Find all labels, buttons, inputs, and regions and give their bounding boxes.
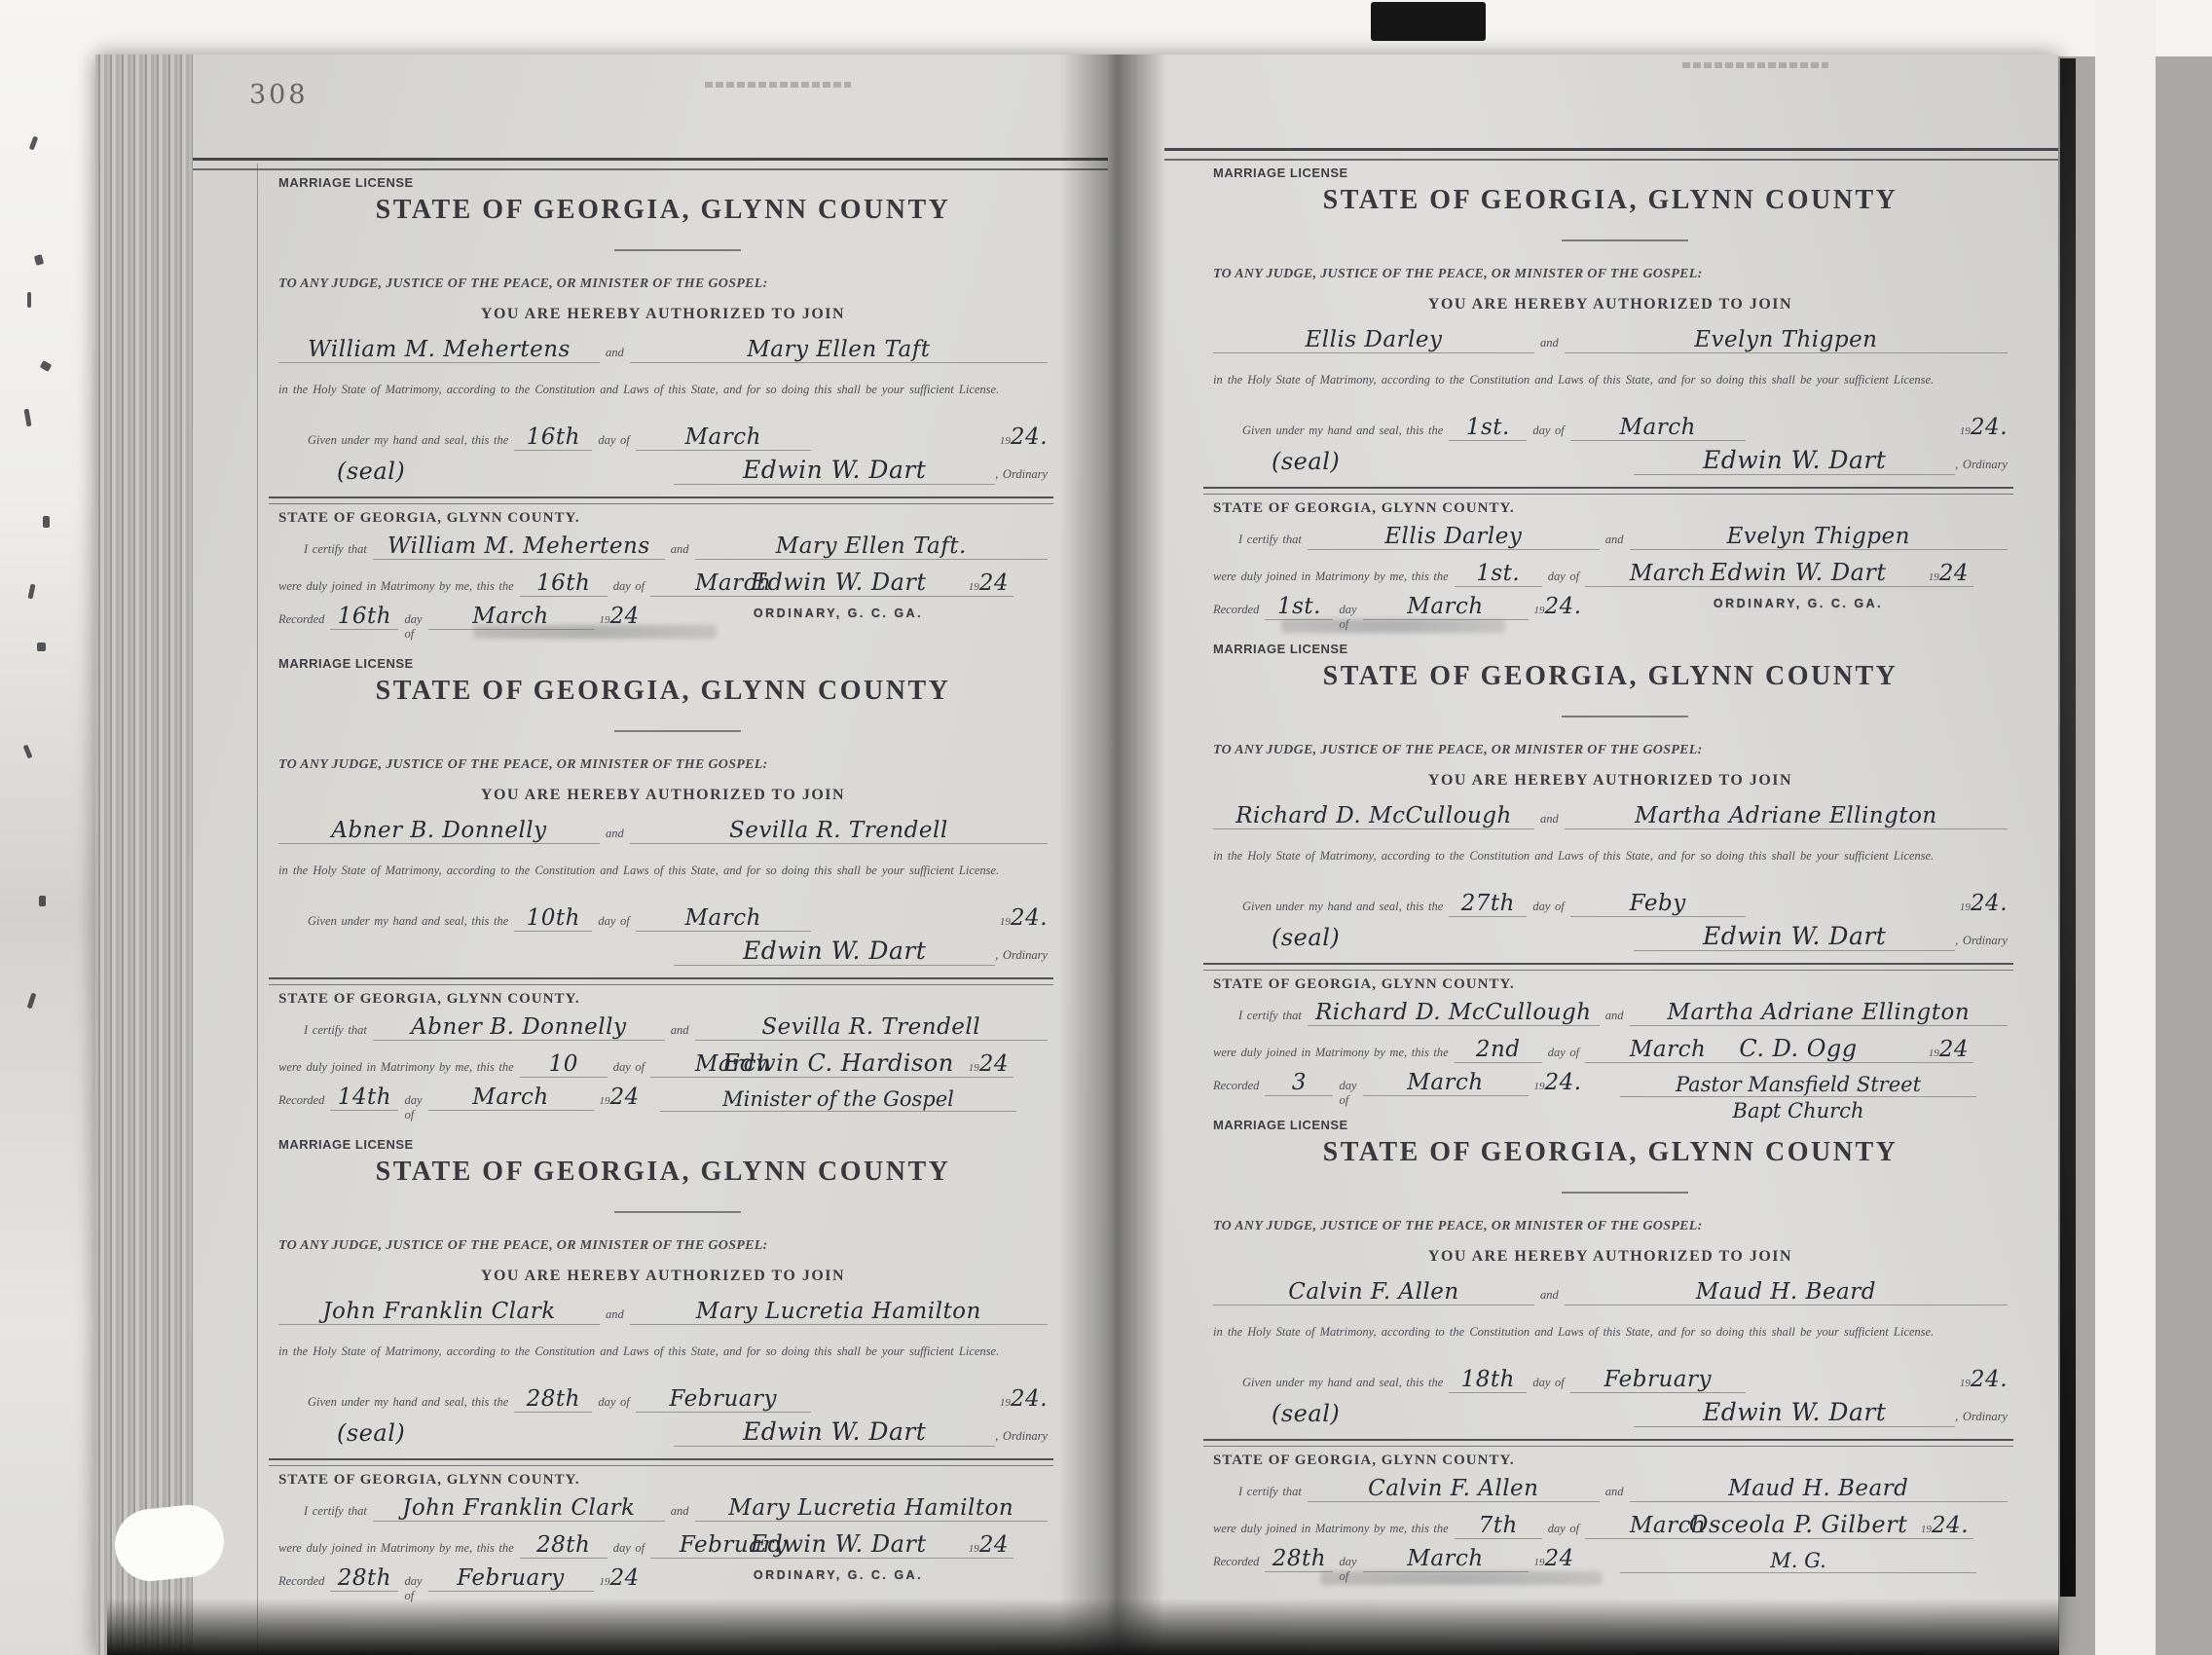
recorded-day: 3 (1265, 1070, 1333, 1096)
cert-bride-name: Maud H. Beard (1630, 1476, 2008, 1502)
ordinary-label: , Ordinary (1955, 458, 2008, 471)
title-rule (614, 1211, 741, 1213)
section-label: MARRIAGE LICENSE (278, 175, 414, 190)
printer-mark (1682, 62, 1828, 68)
scan-top-margin (0, 0, 2212, 56)
seal-signature-line: Edwin W. Dart, Ordinary (278, 937, 1048, 966)
day-of-label: day of (1339, 1079, 1356, 1108)
license-year: 1924. (971, 424, 1048, 450)
certify-prefix: I certify that (304, 1504, 367, 1519)
groom-name: Ellis Darley (1213, 327, 1534, 353)
bride-name: Sevilla R. Trendell (630, 818, 1048, 844)
cert-bride-name: Sevilla R. Trendell (695, 1014, 1048, 1041)
authorize-line: YOU ARE HEREBY AUTHORIZED TO JOIN (278, 306, 1048, 323)
certify-prefix: I certify that (304, 1023, 367, 1038)
seal-note: (seal) (337, 458, 405, 485)
recorded-month: February (428, 1565, 594, 1592)
marriage-license-record: MARRIAGE LICENSE STATE OF GEORGIA, GLYNN… (278, 656, 1048, 1137)
seal-signature-line: (seal) Edwin W. Dart, Ordinary (1213, 922, 2008, 951)
ordinary-signature: Edwin W. Dart (1634, 1398, 1955, 1427)
certificate-header: STATE OF GEORGIA, GLYNN COUNTY. (278, 991, 580, 1008)
license-day: 18th (1449, 1367, 1527, 1393)
recorded-label: Recorded (1213, 603, 1259, 617)
section-divider (1203, 487, 2013, 495)
and-label: and (606, 1307, 624, 1322)
license-month: March (636, 905, 811, 932)
joined-prefix: were duly joined in Matrimony by me, thi… (1213, 570, 1449, 584)
officiant-signature: Osceola P. Gilbert (1623, 1511, 1973, 1539)
day-of-label: day of (1548, 570, 1579, 584)
title-rule (1562, 239, 1688, 241)
edge-mark (27, 292, 31, 308)
given-line: Given under my hand and seal, this the 1… (278, 424, 1048, 451)
officiant-title-stamp: ORDINARY, G. C. GA. (629, 1568, 1048, 1582)
recorded-month: March (1363, 1546, 1529, 1572)
license-title: STATE OF GEORGIA, GLYNN COUNTY (278, 1157, 1048, 1188)
matrimony-clause: in the Holy State of Matrimony, accordin… (1213, 1322, 2008, 1342)
officiant-signature: Edwin W. Dart (1623, 559, 1973, 587)
officiant-title: M. G. (1620, 1549, 1976, 1573)
groom-name: William M. Mehertens (278, 337, 600, 363)
recorded-line: Recorded 3 day of March 1924. (1213, 1070, 1569, 1108)
officiant-signature: Edwin C. Hardison (663, 1049, 1014, 1078)
salutation-line: TO ANY JUDGE, JUSTICE OF THE PEACE, OR M… (278, 1238, 768, 1254)
names-line: Richard D. McCullough and Martha Adriane… (1213, 803, 2008, 829)
joined-prefix: were duly joined in Matrimony by me, thi… (278, 1060, 514, 1075)
joined-day: 10 (520, 1051, 608, 1078)
recorded-day: 14th (330, 1085, 398, 1111)
recorded-year: 1924 (1534, 1546, 1574, 1571)
recorded-label: Recorded (278, 1574, 324, 1589)
recorded-label: Recorded (278, 1093, 324, 1108)
seal-signature-line: (seal) Edwin W. Dart, Ordinary (278, 456, 1048, 485)
joined-prefix: were duly joined in Matrimony by me, thi… (1213, 1046, 1449, 1060)
section-label: MARRIAGE LICENSE (1213, 165, 1348, 180)
salutation-line: TO ANY JUDGE, JUSTICE OF THE PEACE, OR M… (1213, 743, 1703, 758)
authorize-line: YOU ARE HEREBY AUTHORIZED TO JOIN (1213, 772, 2008, 790)
names-line: John Franklin Clark and Mary Lucretia Ha… (278, 1299, 1048, 1325)
given-line: Given under my hand and seal, this the 1… (1213, 1367, 2008, 1393)
section-divider (1203, 963, 2013, 971)
and-label: and (1605, 533, 1624, 547)
officiant-signature-block: C. D. Ogg Pastor Mansfield Street Bapt C… (1589, 1035, 2008, 1122)
ordinary-label: , Ordinary (995, 948, 1048, 962)
section-label: MARRIAGE LICENSE (278, 1137, 414, 1152)
title-rule (1562, 1192, 1688, 1194)
and-label: and (1605, 1009, 1624, 1023)
recorded-line: Recorded 14th day of March 1924 (278, 1085, 609, 1122)
names-line: Calvin F. Allen and Maud H. Beard (1213, 1279, 2008, 1306)
certify-prefix: I certify that (1238, 1485, 1302, 1499)
ordinary-signature: Edwin W. Dart (674, 937, 995, 966)
bride-name: Mary Ellen Taft (630, 337, 1048, 363)
day-of-label: day of (404, 1093, 422, 1122)
seal-signature-line: (seal) Edwin W. Dart, Ordinary (278, 1417, 1048, 1447)
and-label: and (671, 542, 689, 557)
cert-groom-name: Calvin F. Allen (1308, 1476, 1600, 1502)
bride-name: Evelyn Thigpen (1565, 327, 2008, 353)
recorded-label: Recorded (1213, 1079, 1259, 1093)
license-title: STATE OF GEORGIA, GLYNN COUNTY (278, 676, 1048, 707)
license-day: 28th (514, 1386, 592, 1413)
given-line: Given under my hand and seal, this the 1… (278, 905, 1048, 932)
groom-name: John Franklin Clark (278, 1299, 600, 1325)
license-month: March (636, 424, 811, 451)
officiant-signature-block: Edwin C. Hardison Minister of the Gospel (629, 1049, 1048, 1112)
given-prefix: Given under my hand and seal, this the (1242, 900, 1443, 914)
cert-groom-name: Richard D. McCullough (1308, 1000, 1600, 1026)
seal-note: (seal) (1272, 1400, 1340, 1427)
names-line: Ellis Darley and Evelyn Thigpen (1213, 327, 2008, 353)
certificate-header: STATE OF GEORGIA, GLYNN COUNTY. (1213, 1453, 1515, 1469)
officiant-signature: C. D. Ogg (1623, 1035, 1973, 1063)
book-cover-edge (2060, 58, 2076, 1597)
and-label: and (606, 827, 624, 841)
marriage-license-record: MARRIAGE LICENSE STATE OF GEORGIA, GLYNN… (278, 1137, 1048, 1618)
certificate-header: STATE OF GEORGIA, GLYNN COUNTY. (1213, 500, 1515, 517)
matrimony-clause: in the Holy State of Matrimony, accordin… (278, 861, 1048, 881)
joined-day: 1st. (1455, 561, 1542, 587)
edge-mark (43, 516, 50, 528)
matrimony-clause: in the Holy State of Matrimony, accordin… (1213, 846, 2008, 866)
section-label: MARRIAGE LICENSE (278, 656, 414, 671)
license-year: 1924. (1931, 1367, 2008, 1392)
recorded-day: 1st. (1265, 594, 1333, 620)
license-year: 1924. (1931, 415, 2008, 440)
certify-line: I certify that Ellis Darley and Evelyn T… (1213, 524, 2008, 550)
recorded-month: March (428, 1085, 594, 1111)
officiant-signature-block: Edwin W. Dart ORDINARY, G. C. GA. (1589, 559, 2008, 610)
bride-name: Maud H. Beard (1565, 1279, 2008, 1306)
title-rule (1562, 716, 1688, 717)
given-line: Given under my hand and seal, this the 2… (1213, 891, 2008, 917)
section-divider (269, 496, 1053, 504)
joined-day: 2nd (1455, 1037, 1542, 1063)
officiant-signature: Edwin W. Dart (663, 1530, 1014, 1559)
certify-prefix: I certify that (304, 542, 367, 557)
cert-groom-name: Ellis Darley (1308, 524, 1600, 550)
groom-name: Abner B. Donnelly (278, 818, 600, 844)
given-line: Given under my hand and seal, this the 1… (1213, 415, 2008, 441)
page-number: 308 (249, 80, 309, 110)
day-of-label: day of (404, 612, 422, 642)
seal-signature-line: (seal) Edwin W. Dart, Ordinary (1213, 1398, 2008, 1427)
certify-line: I certify that Calvin F. Allen and Maud … (1213, 1476, 2008, 1502)
day-of-label: day of (1548, 1046, 1579, 1060)
license-title: STATE OF GEORGIA, GLYNN COUNTY (278, 195, 1048, 226)
marriage-license-record: MARRIAGE LICENSE STATE OF GEORGIA, GLYNN… (278, 175, 1048, 656)
salutation-line: TO ANY JUDGE, JUSTICE OF THE PEACE, OR M… (278, 757, 768, 773)
marriage-license-record: MARRIAGE LICENSE STATE OF GEORGIA, GLYNN… (1213, 165, 2008, 642)
section-label: MARRIAGE LICENSE (1213, 1118, 1348, 1132)
day-of-label: day of (598, 1395, 629, 1410)
ordinary-signature: Edwin W. Dart (1634, 922, 1955, 951)
day-of-label: day of (1548, 1522, 1579, 1536)
officiant-title: Pastor Mansfield Street (1620, 1073, 1976, 1097)
cert-bride-name: Mary Ellen Taft. (695, 533, 1048, 560)
section-divider (1203, 1439, 2013, 1447)
officiant-title-stamp: ORDINARY, G. C. GA. (1589, 597, 2008, 610)
certify-prefix: I certify that (1238, 533, 1302, 547)
cert-groom-name: John Franklin Clark (373, 1495, 665, 1522)
bride-name: Martha Adriane Ellington (1565, 803, 2008, 829)
page-top-rule (193, 158, 1108, 170)
certificate-header: STATE OF GEORGIA, GLYNN COUNTY. (278, 1472, 580, 1489)
recorded-year: 1924. (1534, 1070, 1582, 1095)
given-line: Given under my hand and seal, this the 2… (278, 1386, 1048, 1413)
title-rule (614, 249, 741, 251)
license-month: February (636, 1386, 811, 1413)
recorded-day: 28th (1265, 1546, 1333, 1572)
license-day: 16th (514, 424, 592, 451)
scan-artifact-top (1371, 2, 1486, 41)
license-year: 1924. (1931, 891, 2008, 916)
recorded-month: March (1363, 1070, 1529, 1096)
section-divider (269, 977, 1053, 985)
ordinary-signature: Edwin W. Dart (674, 1417, 995, 1447)
and-label: and (671, 1504, 689, 1519)
certificate-header: STATE OF GEORGIA, GLYNN COUNTY. (278, 510, 580, 527)
officiant-signature: Edwin W. Dart (663, 569, 1014, 597)
joined-prefix: were duly joined in Matrimony by me, thi… (1213, 1522, 1449, 1536)
ordinary-label: , Ordinary (995, 1429, 1048, 1443)
certify-prefix: I certify that (1238, 1009, 1302, 1023)
marriage-license-record: MARRIAGE LICENSE STATE OF GEORGIA, GLYNN… (1213, 642, 2008, 1118)
day-of-label: day of (1532, 900, 1564, 914)
license-title: STATE OF GEORGIA, GLYNN COUNTY (1213, 1137, 2008, 1168)
certify-line: I certify that John Franklin Clark and M… (278, 1495, 1048, 1522)
license-day: 27th (1449, 891, 1527, 917)
license-title: STATE OF GEORGIA, GLYNN COUNTY (1213, 185, 2008, 216)
recorded-label: Recorded (1213, 1555, 1259, 1569)
groom-name: Calvin F. Allen (1213, 1279, 1534, 1306)
certificate-header: STATE OF GEORGIA, GLYNN COUNTY. (1213, 976, 1515, 993)
seal-note: (seal) (1272, 448, 1340, 475)
and-label: and (1605, 1485, 1624, 1499)
seal-note: (seal) (337, 1419, 405, 1447)
ordinary-label: , Ordinary (995, 467, 1048, 481)
recorded-label: Recorded (278, 612, 324, 627)
page-top-rule (1164, 148, 2058, 161)
day-of-label: day of (598, 433, 629, 448)
license-year: 1924. (971, 1386, 1048, 1412)
given-prefix: Given under my hand and seal, this the (1242, 423, 1443, 438)
cert-bride-name: Mary Lucretia Hamilton (695, 1495, 1048, 1522)
page-left: 308 MARRIAGE LICENSE STATE OF GEORGIA, G… (193, 55, 1108, 1655)
license-month: Feby (1570, 891, 1746, 917)
scan-bottom-shadow (107, 1599, 2059, 1655)
day-of-label: day of (598, 914, 629, 929)
and-label: and (1540, 1288, 1559, 1303)
cert-groom-name: Abner B. Donnelly (373, 1014, 665, 1041)
page-edge-stack (95, 55, 193, 1655)
record-book: 308 MARRIAGE LICENSE STATE OF GEORGIA, G… (95, 55, 2058, 1655)
page-right: MARRIAGE LICENSE STATE OF GEORGIA, GLYNN… (1164, 55, 2058, 1655)
printer-mark (705, 82, 851, 88)
salutation-line: TO ANY JUDGE, JUSTICE OF THE PEACE, OR M… (278, 276, 768, 292)
given-prefix: Given under my hand and seal, this the (1242, 1376, 1443, 1390)
joined-prefix: were duly joined in Matrimony by me, thi… (278, 1541, 514, 1556)
officiant-title: Minister of the Gospel (660, 1087, 1016, 1112)
ordinary-label: , Ordinary (1955, 934, 2008, 947)
license-title: STATE OF GEORGIA, GLYNN COUNTY (1213, 661, 2008, 692)
names-line: Abner B. Donnelly and Sevilla R. Trendel… (278, 818, 1048, 844)
authorize-line: YOU ARE HEREBY AUTHORIZED TO JOIN (278, 1268, 1048, 1285)
seal-signature-line: (seal) Edwin W. Dart, Ordinary (1213, 446, 2008, 475)
recorded-day: 16th (330, 604, 398, 630)
matrimony-clause: in the Holy State of Matrimony, accordin… (278, 380, 1048, 400)
officiant-signature-block: Edwin W. Dart ORDINARY, G. C. GA. (629, 569, 1048, 620)
scan-right-margin (2095, 0, 2156, 1655)
cert-groom-name: William M. Mehertens (373, 533, 665, 560)
margin-rule (257, 164, 258, 1655)
license-day: 10th (514, 905, 592, 932)
edge-mark (37, 643, 46, 651)
certify-line: I certify that William M. Mehertens and … (278, 533, 1048, 560)
cert-bride-name: Martha Adriane Ellington (1630, 1000, 2008, 1026)
scan-left-margin (0, 0, 97, 1655)
joined-prefix: were duly joined in Matrimony by me, thi… (278, 579, 514, 594)
section-divider (269, 1458, 1053, 1466)
edge-mark (39, 896, 46, 906)
names-line: William M. Mehertens and Mary Ellen Taft (278, 337, 1048, 363)
faded-stamp-smudge (1281, 619, 1505, 633)
and-label: and (606, 346, 624, 360)
license-month: March (1570, 415, 1746, 441)
marriage-license-record: MARRIAGE LICENSE STATE OF GEORGIA, GLYNN… (1213, 1118, 2008, 1594)
title-rule (614, 730, 741, 732)
license-month: February (1570, 1367, 1746, 1393)
recorded-day: 28th (330, 1565, 398, 1592)
given-prefix: Given under my hand and seal, this the (308, 1395, 508, 1410)
section-label: MARRIAGE LICENSE (1213, 642, 1348, 656)
faded-stamp-smudge (473, 625, 717, 639)
salutation-line: TO ANY JUDGE, JUSTICE OF THE PEACE, OR M… (1213, 1219, 1703, 1234)
and-label: and (671, 1023, 689, 1038)
authorize-line: YOU ARE HEREBY AUTHORIZED TO JOIN (1213, 296, 2008, 313)
seal-note: (seal) (1272, 924, 1340, 951)
joined-day: 7th (1455, 1513, 1542, 1539)
joined-day: 16th (520, 570, 608, 597)
certify-line: I certify that Abner B. Donnelly and Sev… (278, 1014, 1048, 1041)
salutation-line: TO ANY JUDGE, JUSTICE OF THE PEACE, OR M… (1213, 267, 1703, 282)
ordinary-signature: Edwin W. Dart (674, 456, 995, 485)
license-year: 1924. (971, 905, 1048, 931)
recorded-month: March (1363, 594, 1529, 620)
faded-stamp-smudge (1320, 1571, 1603, 1585)
officiant-signature-block: Edwin W. Dart ORDINARY, G. C. GA. (629, 1530, 1048, 1582)
groom-name: Richard D. McCullough (1213, 803, 1534, 829)
certify-line: I certify that Richard D. McCullough and… (1213, 1000, 2008, 1026)
authorize-line: YOU ARE HEREBY AUTHORIZED TO JOIN (1213, 1248, 2008, 1266)
given-prefix: Given under my hand and seal, this the (308, 433, 508, 448)
and-label: and (1540, 336, 1559, 350)
authorize-line: YOU ARE HEREBY AUTHORIZED TO JOIN (278, 787, 1048, 804)
matrimony-clause: in the Holy State of Matrimony, accordin… (1213, 370, 2008, 390)
ordinary-label: , Ordinary (1955, 1410, 2008, 1423)
day-of-label: day of (1532, 423, 1564, 438)
given-prefix: Given under my hand and seal, this the (308, 914, 508, 929)
day-of-label: day of (1532, 1376, 1564, 1390)
officiant-signature-block: Osceola P. Gilbert M. G. (1589, 1511, 2008, 1573)
joined-day: 28th (520, 1532, 608, 1559)
bride-name: Mary Lucretia Hamilton (630, 1299, 1048, 1325)
ordinary-signature: Edwin W. Dart (1634, 446, 1955, 475)
matrimony-clause: in the Holy State of Matrimony, accordin… (278, 1342, 1048, 1362)
officiant-title-stamp: ORDINARY, G. C. GA. (629, 607, 1048, 620)
recorded-year: 1924. (1534, 594, 1582, 619)
and-label: and (1540, 812, 1559, 827)
cert-bride-name: Evelyn Thigpen (1630, 524, 2008, 550)
license-day: 1st. (1449, 415, 1527, 441)
